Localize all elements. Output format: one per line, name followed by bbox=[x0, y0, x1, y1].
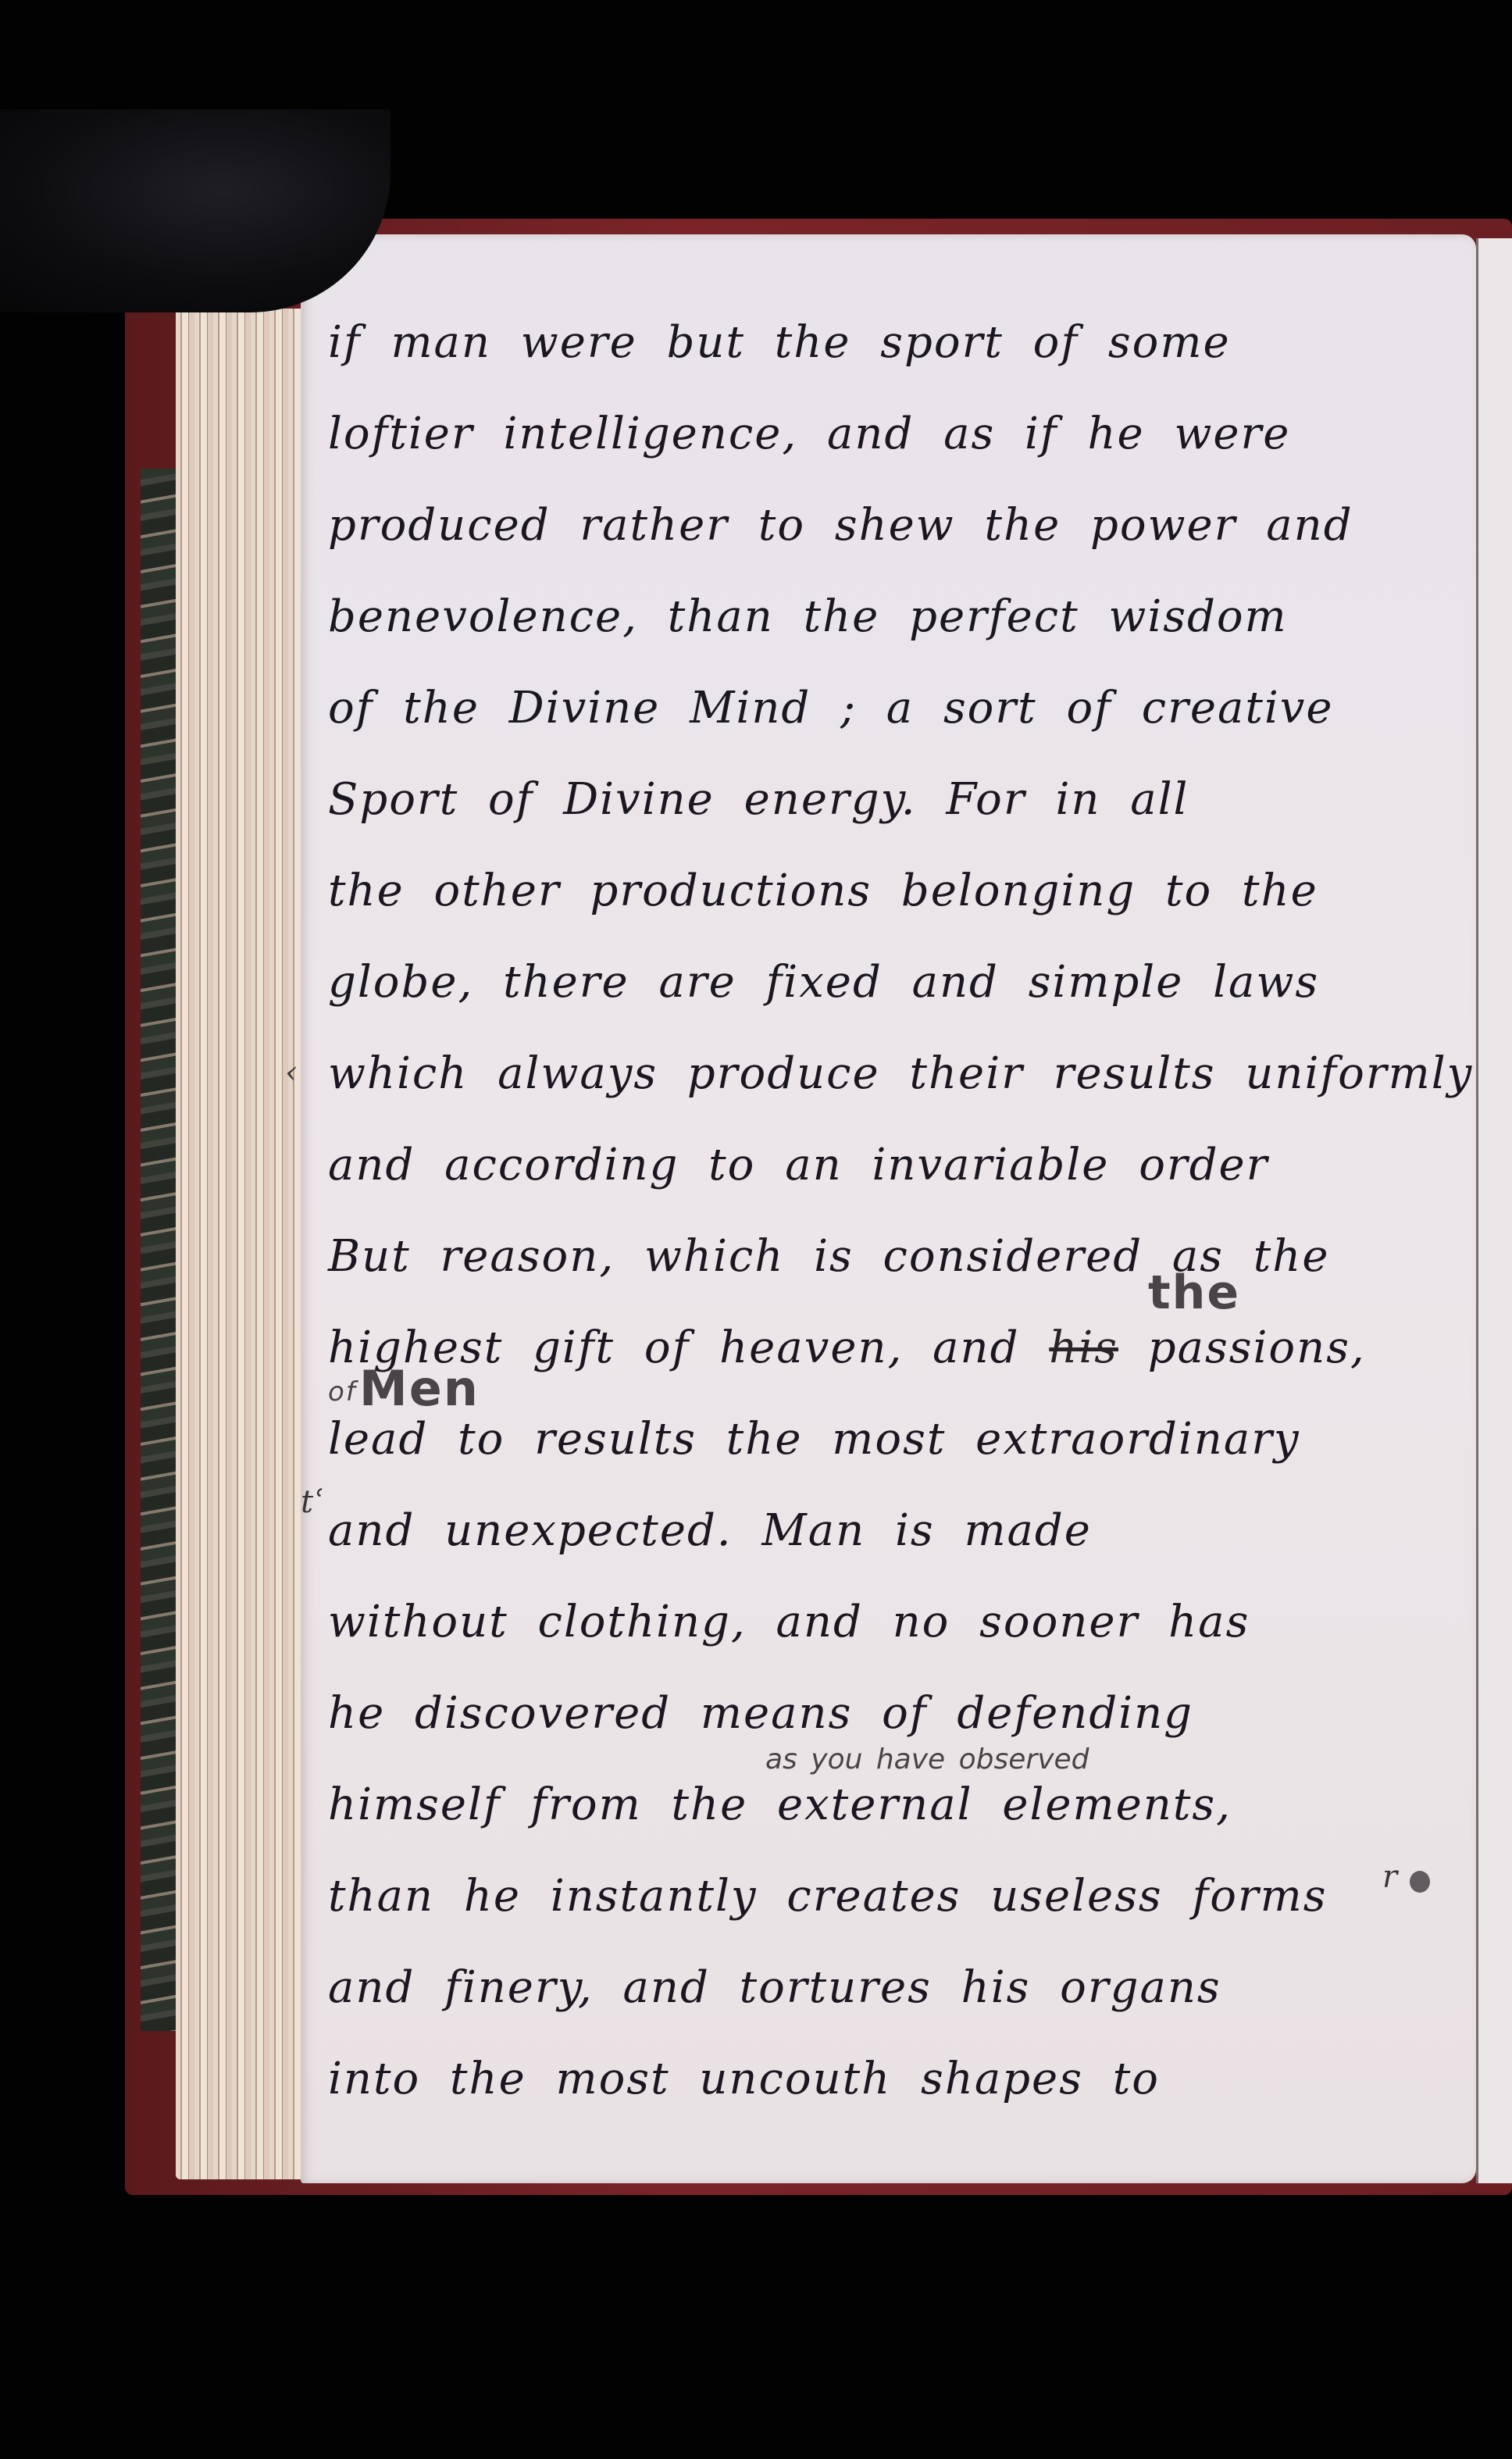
text-line: produced rather to shew the power and bbox=[328, 480, 1460, 571]
text-line: into the most uncouth shapes to bbox=[328, 2033, 1460, 2125]
text-line: benevolence, than the perfect wisdom bbox=[328, 571, 1460, 662]
ink-blot bbox=[1410, 1871, 1430, 1893]
text-line: globe, there are fixed and simple laws bbox=[328, 937, 1460, 1028]
text-line-with-correction: of Men lead to results the most extraord… bbox=[328, 1394, 1460, 1485]
facing-page-edge bbox=[1476, 238, 1512, 2183]
black-glove bbox=[0, 109, 390, 312]
text-line: and finery, and tortures his organs bbox=[328, 1942, 1460, 2033]
text-line: and according to an invariable order bbox=[328, 1119, 1460, 1211]
text-line: without clothing, and no sooner has bbox=[328, 1576, 1460, 1668]
text-line: the other productions belonging to the bbox=[328, 845, 1460, 937]
handwritten-text: if man were but the sport of some loftie… bbox=[328, 297, 1460, 2125]
struck-word: his bbox=[1049, 1322, 1118, 1373]
margin-mark: ‹ bbox=[285, 1055, 298, 1090]
text-line: and unexpected. Man is made bbox=[328, 1485, 1460, 1576]
text-line: Sport of Divine energy. For in all bbox=[328, 754, 1460, 845]
inserted-phrase: as you have observed bbox=[765, 1714, 1089, 1805]
caret-mark: r bbox=[1382, 1859, 1397, 1895]
inserted-word-of: of bbox=[328, 1347, 357, 1438]
inserted-word-men: Men bbox=[359, 1343, 480, 1434]
text-line: of the Divine Mind ; a sort of creative bbox=[328, 662, 1460, 754]
text-line-with-insertion: as you have observed himself from the ex… bbox=[328, 1759, 1460, 1850]
page-stack-edge bbox=[176, 309, 301, 2179]
inserted-word-the: the bbox=[1148, 1247, 1240, 1339]
margin-mark: tʿ bbox=[301, 1484, 323, 1520]
text-line: loftier intelligence, and as if he were bbox=[328, 388, 1460, 480]
text-line: But reason, which is considered as the bbox=[328, 1211, 1460, 1302]
text-line: than he instantly creates useless forms bbox=[328, 1850, 1460, 1942]
text-line-with-correction: the highest gift of heaven, and his pass… bbox=[328, 1302, 1460, 1394]
text-line: if man were but the sport of some bbox=[328, 297, 1460, 388]
text-line: which always produce their results unifo… bbox=[328, 1028, 1460, 1119]
